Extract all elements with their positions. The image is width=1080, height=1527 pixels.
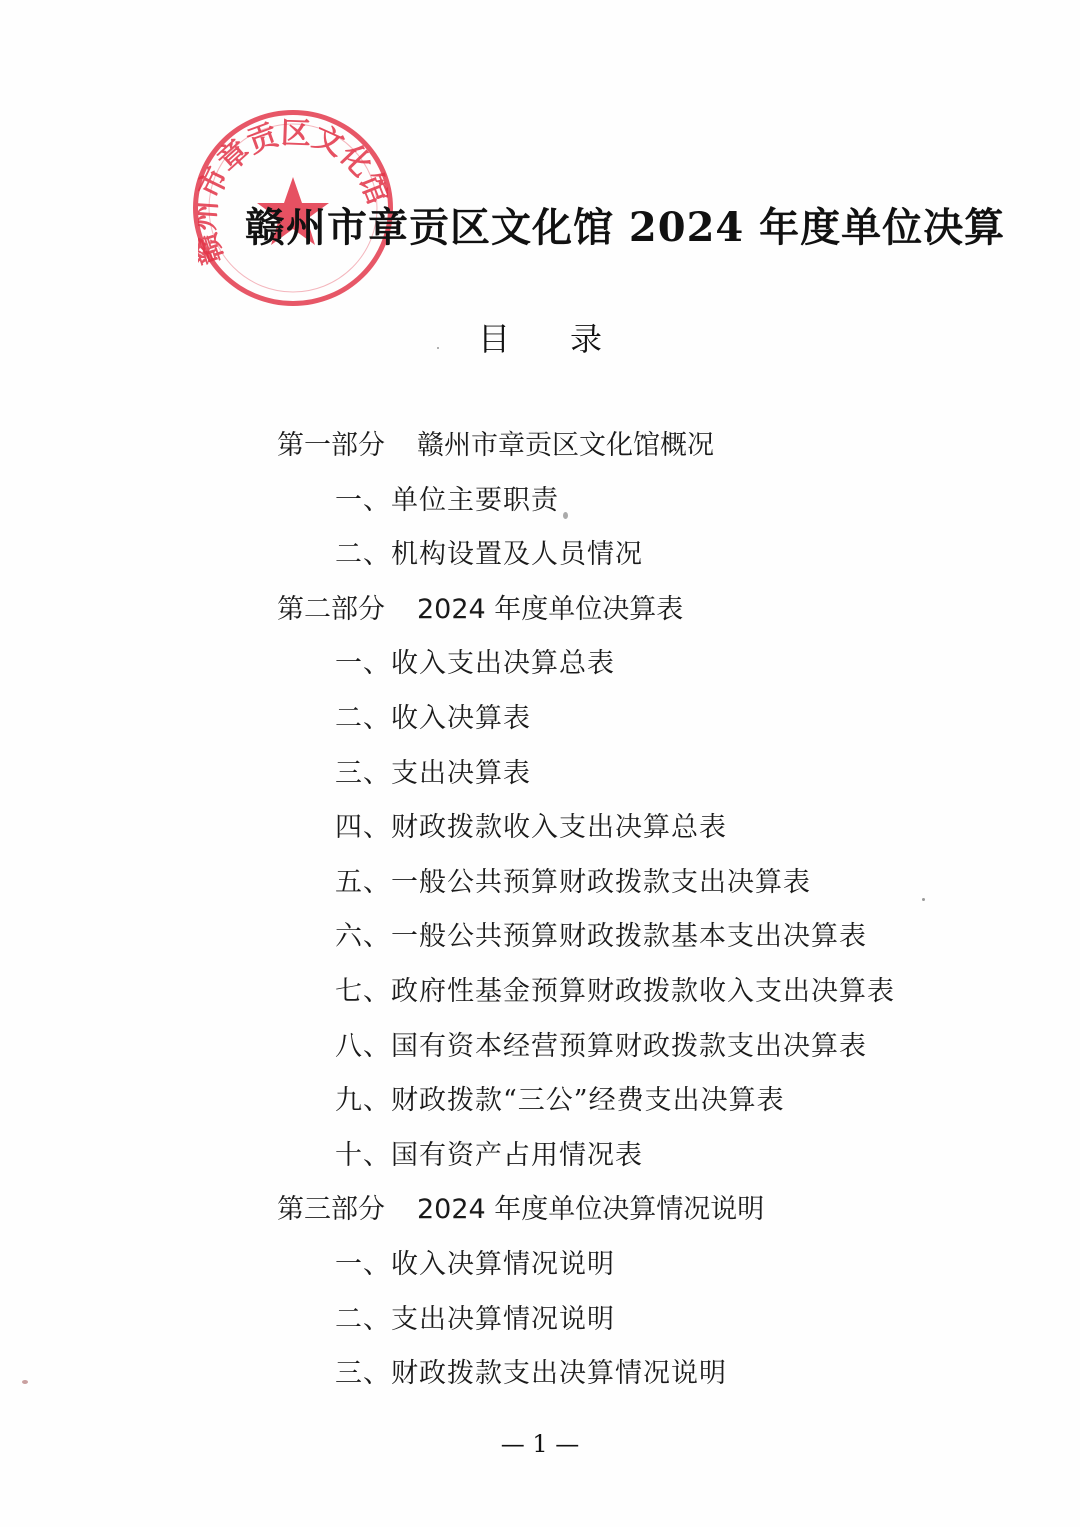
part-number: 第三部分	[277, 1188, 385, 1232]
toc-item[interactable]: 七、政府性基金预算财政拨款收入支出决算表	[277, 970, 997, 1025]
toc-item[interactable]: 一、单位主要职责	[277, 479, 997, 534]
page-number: — 1 —	[0, 1430, 1080, 1458]
toc-item[interactable]: 三、财政拨款支出决算情况说明	[277, 1352, 997, 1407]
document-page: 赣州市章贡区文化馆 赣州市章贡区文化馆 2024 年度单位决算 目录 第一部分赣…	[0, 0, 1080, 1527]
toc-item[interactable]: 十、国有资产占用情况表	[277, 1134, 997, 1189]
toc-heading: 目录	[0, 314, 1080, 360]
toc-part-1[interactable]: 第一部分赣州市章贡区文化馆概况	[277, 424, 997, 479]
table-of-contents: 第一部分赣州市章贡区文化馆概况 一、单位主要职责 二、机构设置及人员情况 第二部…	[277, 424, 997, 1407]
toc-item[interactable]: 九、财政拨款“三公”经费支出决算表	[277, 1079, 997, 1134]
toc-item[interactable]: 一、收入支出决算总表	[277, 642, 997, 697]
scan-speck	[22, 1380, 28, 1384]
toc-item[interactable]: 五、一般公共预算财政拨款支出决算表	[277, 861, 997, 916]
toc-item[interactable]: 二、收入决算表	[277, 697, 997, 752]
toc-part-2[interactable]: 第二部分2024 年度单位决算表	[277, 588, 997, 643]
part-title: 2024 年度单位决算情况说明	[417, 1188, 764, 1232]
toc-item[interactable]: 三、支出决算表	[277, 752, 997, 807]
toc-heading-char-2: 录	[570, 314, 602, 360]
toc-heading-char-1: 目	[478, 314, 510, 360]
part-title: 赣州市章贡区文化馆概况	[417, 424, 714, 468]
scan-speck	[563, 512, 568, 519]
toc-item[interactable]: 八、国有资本经营预算财政拨款支出决算表	[277, 1025, 997, 1080]
toc-item[interactable]: 二、支出决算情况说明	[277, 1298, 997, 1353]
toc-item[interactable]: 六、一般公共预算财政拨款基本支出决算表	[277, 915, 997, 970]
toc-item[interactable]: 一、收入决算情况说明	[277, 1243, 997, 1298]
toc-part-3[interactable]: 第三部分2024 年度单位决算情况说明	[277, 1188, 997, 1243]
scan-speck	[922, 898, 925, 901]
toc-item[interactable]: 四、财政拨款收入支出决算总表	[277, 806, 997, 861]
part-title: 2024 年度单位决算表	[417, 588, 683, 632]
document-title: 赣州市章贡区文化馆 2024 年度单位决算	[0, 196, 1080, 253]
part-number: 第二部分	[277, 588, 385, 632]
toc-item[interactable]: 二、机构设置及人员情况	[277, 533, 997, 588]
part-number: 第一部分	[277, 424, 385, 468]
